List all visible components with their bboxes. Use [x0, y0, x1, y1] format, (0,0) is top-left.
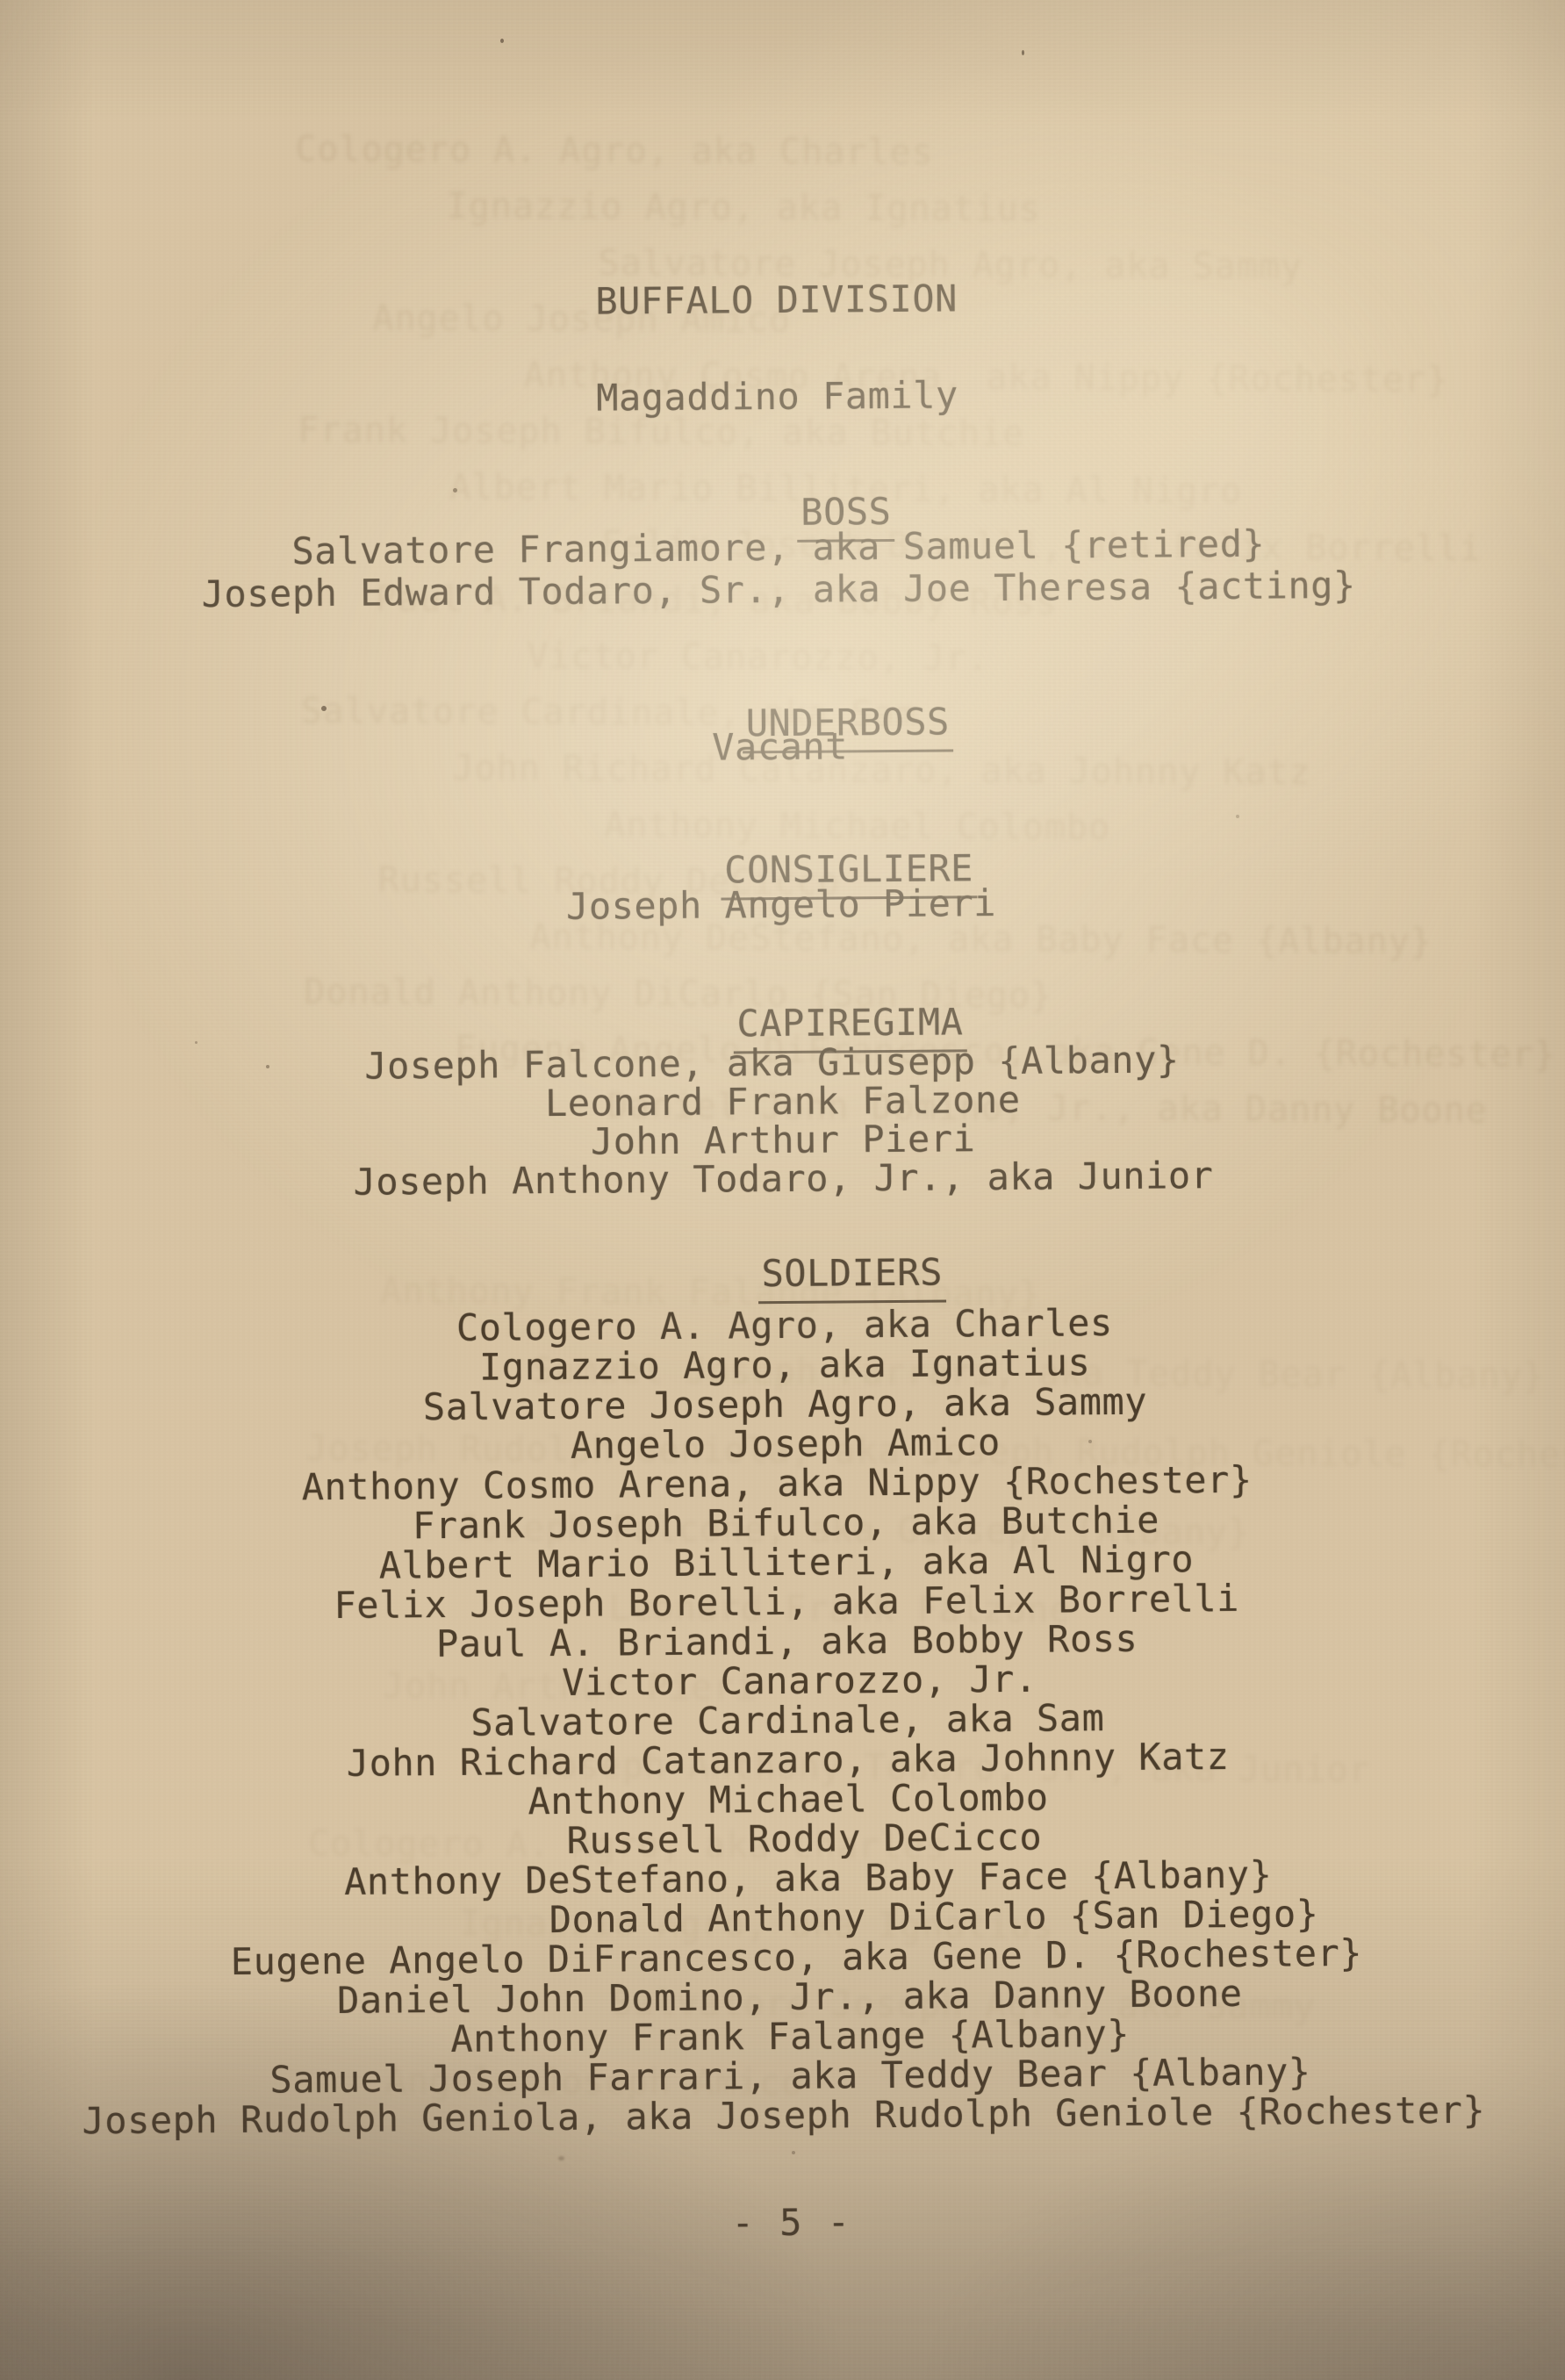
page-number: - 5 -: [9, 2195, 1565, 2250]
page-title: BUFFALO DIVISION: [0, 272, 1559, 327]
section-entries-capiregima: Joseph Falcone, aka Giusepp {Albany}Leon…: [0, 1038, 1565, 1204]
heading-underlined-text: SOLDIERS: [757, 1251, 946, 1305]
scanned-document-page: Cologero A. Agro, aka CharlesIgnazzio Ag…: [0, 0, 1565, 2380]
page-subtitle: Magaddino Family: [0, 369, 1560, 424]
section-entries-soldiers: Cologero A. Agro, aka CharlesIgnazzio Ag…: [2, 1299, 1565, 2141]
typed-text-layer: BUFFALO DIVISION Magaddino Family BOSS S…: [0, 0, 1565, 2380]
section-entries-boss: Salvatore Frangiamore, aka Samuel {retir…: [0, 521, 1561, 617]
